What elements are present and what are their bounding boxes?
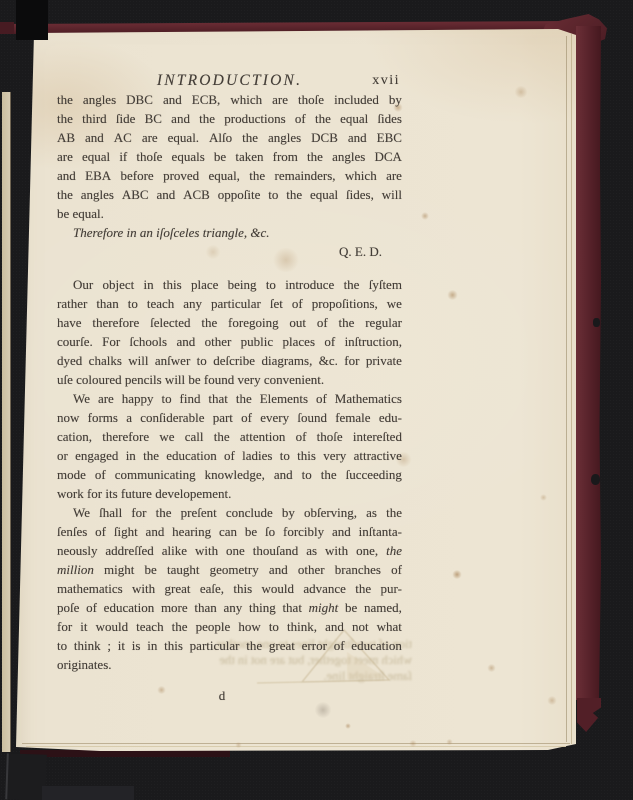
- text-line: poſeofeducationmorethananythingthatmight…: [57, 598, 402, 617]
- text-line: be equal.: [57, 204, 402, 223]
- text-line: tothink;itisinthisparticularthegreaterro…: [57, 636, 402, 655]
- cover-chip: [593, 318, 600, 327]
- text-line: theanglesDBCandECB,whicharethoſeincluded…: [57, 90, 402, 109]
- text-line: courſe.Forſchoolsandotherpublicplacesofi…: [57, 332, 402, 351]
- text-line: mathematicswithgreateaſe,thiswouldadvanc…: [57, 579, 402, 598]
- text-line: work for its future developement.: [57, 484, 402, 503]
- signature-mark: d: [57, 686, 387, 705]
- page-edge-left-sliver: [2, 92, 11, 752]
- text-line: areequalifthoſeequalsbetakenfromtheangle…: [57, 147, 402, 166]
- page-number: xvii: [372, 71, 400, 90]
- book-cover-bottom-edge: [20, 750, 230, 757]
- text-line: thethirdſideBCandtheproductionsoftheequa…: [57, 109, 402, 128]
- paragraph-p4: Weſhallforthepreſentconcludebyobſerving,…: [57, 503, 402, 674]
- stacked-page-edge: [571, 34, 572, 744]
- paragraph-p3: WearehappytofindthattheElementsofMathema…: [57, 389, 402, 503]
- book-cradle: [42, 786, 134, 800]
- text-line: neouslyaddreſſedalikewithonethouſandaswi…: [57, 541, 402, 560]
- text-line: uſe coloured pencils will be found very …: [57, 370, 402, 389]
- text-line: dyedchalkswillanſwertodeſcribediagrams,&…: [57, 351, 402, 370]
- text-line: WearehappytofindthattheElementsofMathema…: [57, 389, 402, 408]
- body-text: theanglesDBCandECB,whicharethoſeincluded…: [57, 90, 402, 674]
- book-cradle: [5, 753, 47, 800]
- stacked-page-edge: [566, 36, 567, 742]
- text-line: modeofcommunicatingknowledge,andtotheſuc…: [57, 465, 402, 484]
- cover-chip: [591, 474, 600, 485]
- paragraph-qed: Q. E. D.: [57, 242, 402, 261]
- running-header: INTRODUCTION. xvii: [57, 71, 402, 90]
- text-line: Q. E. D.: [57, 242, 402, 261]
- text-line: originates.: [57, 655, 402, 674]
- stacked-page-edge: [26, 746, 566, 747]
- stacked-page-edge: [22, 743, 570, 744]
- book-cover-top-left-corner: [0, 22, 14, 34]
- text-line: theanglesABCandACBoppoſitetotheequalſide…: [57, 185, 402, 204]
- paragraph-therefore: Therefore in an iſoſceles triangle, &c.: [57, 223, 402, 242]
- text-line: ſenſesofſightandhearingcanbeſoforciblyan…: [57, 522, 402, 541]
- text-line: andEBAbeforeprovedequal,theremainders,wh…: [57, 166, 402, 185]
- book-cover-right-edge: [576, 26, 601, 700]
- paragraph-p2: Ourobjectinthisplacebeingtointroducetheſ…: [57, 275, 402, 389]
- book-cover-worn-corner: [577, 698, 601, 732]
- text-line: foritwouldteachthepeoplehowtothink,andno…: [57, 617, 402, 636]
- text-line: ratherthantoteachanyparticularſetofpropo…: [57, 294, 402, 313]
- text-line: havethereforeſelectedtheforegoingoutofth…: [57, 313, 402, 332]
- text-line: ABandACareequal.AlſotheanglesDCBandEBC: [57, 128, 402, 147]
- text-column: INTRODUCTION. xvii theanglesDBCandECB,wh…: [57, 71, 402, 705]
- text-line: millionmightbetaughtgeometryandotherbran…: [57, 560, 402, 579]
- page-title: INTRODUCTION.: [157, 72, 302, 89]
- text-line: Therefore in an iſoſceles triangle, &c.: [57, 223, 402, 242]
- book-clamp: [16, 0, 48, 40]
- text-line: nowformsaconſiderablepartofeveryſoundfem…: [57, 408, 402, 427]
- text-line: Weſhallforthepreſentconcludebyobſerving,…: [57, 503, 402, 522]
- text-line: Ourobjectinthisplacebeingtointroducetheſ…: [57, 275, 402, 294]
- text-line: cation,thereforewecalltheattentionofthoſ…: [57, 427, 402, 446]
- paragraph-p1: theanglesDBCandECB,whicharethoſeincluded…: [57, 90, 402, 223]
- text-line: orengagedintheeducationofladiestothisver…: [57, 446, 402, 465]
- photographed-book-page: tion of two ſtraight lines to one anothe…: [0, 0, 633, 800]
